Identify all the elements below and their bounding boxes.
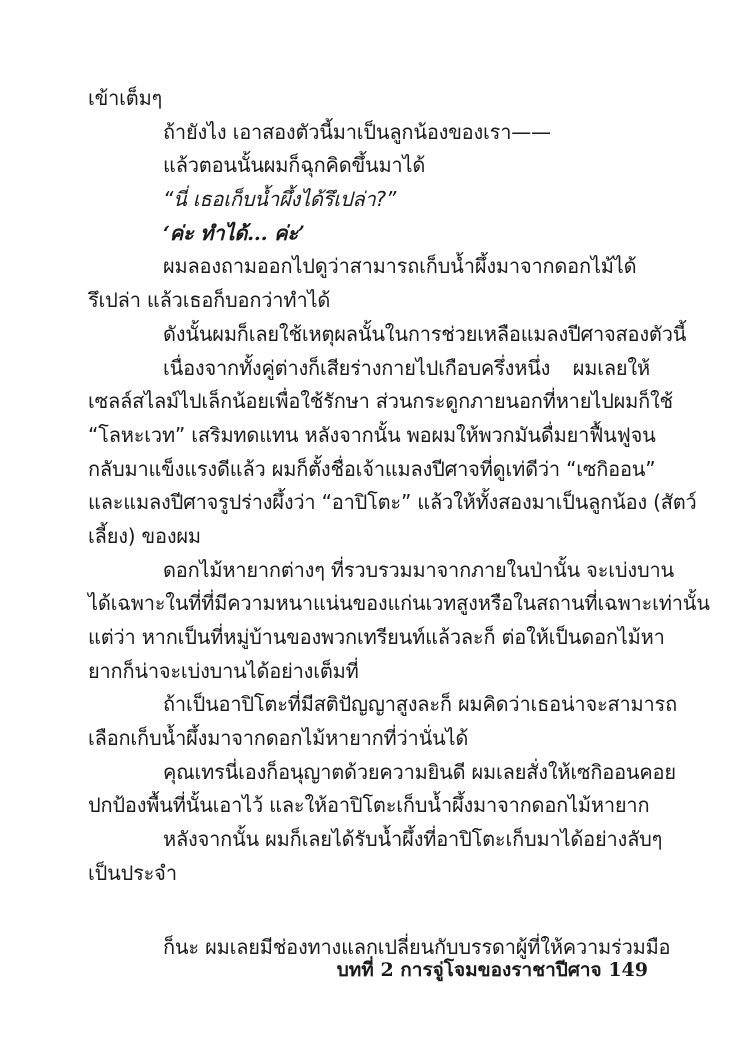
text-line: เซลล์สไลม์ไปเล็กน้อยเพื่อใช้รักษา ส่วนกร… bbox=[88, 385, 650, 419]
page-body: เข้าเต็มๆ ถ้ายังไง เอาสองตัวนี้มาเป็นลูก… bbox=[88, 82, 650, 964]
text-line: “โลหะเวท” เสริมทดแทน หลังจากนั้น พอผมให้… bbox=[88, 419, 650, 453]
text-line: เลือกเก็บน้ำผึ้งมาจากดอกไม้หายากที่ว่านั… bbox=[88, 722, 650, 756]
running-title: บทที่ 2 การจู่โจมของราชาปีศาจ bbox=[337, 959, 602, 981]
text-line: กลับมาแข็งแรงดีแล้ว ผมก็ตั้งชื่อเจ้าแมลง… bbox=[88, 453, 650, 487]
section-break bbox=[88, 891, 650, 931]
text-line: และแมลงปีศาจรูปร่างผึ้งว่า “อาปิโตะ” แล้… bbox=[88, 486, 650, 520]
page-number: 149 bbox=[608, 959, 648, 981]
text-line: เป็นประจำ bbox=[88, 857, 650, 891]
text-line: ดังนั้นผมก็เลยใช้เหตุผลนั้นในการช่วยเหลื… bbox=[88, 318, 650, 352]
text-line: ถ้าเป็นอาปิโตะที่มีสติปัญญาสูงละก็ ผมคิด… bbox=[88, 688, 650, 722]
text-line: ผมลองถามออกไปดูว่าสามารถเก็บน้ำผึ้งมาจาก… bbox=[88, 250, 650, 284]
text-line: รึเปล่า แล้วเธอก็บอกว่าทำได้ bbox=[88, 284, 650, 318]
text-line: เนื่องจากทั้งคู่ต่างก็เสียร่างกายไปเกือบ… bbox=[88, 352, 650, 386]
text-line: เลี้ยง) ของผม bbox=[88, 520, 650, 554]
dialogue-line: “นี่ เธอเก็บน้ำผึ้งได้รึเปล่า?” bbox=[88, 183, 650, 217]
text-line: เข้าเต็มๆ bbox=[88, 82, 650, 116]
dialogue-line-telepathic: ‘ค่ะ ทำได้... ค่ะ’ bbox=[88, 217, 650, 251]
text-line: คุณเทรนี่เองก็อนุญาตด้วยความยินดี ผมเลยส… bbox=[88, 756, 650, 790]
text-line: ปกป้องพื้นที่นั้นเอาไว้ และให้อาปิโตะเก็… bbox=[88, 789, 650, 823]
text-line: แต่ว่า หากเป็นที่หมู่บ้านของพวกเทรียนท์แ… bbox=[88, 621, 650, 655]
text-line: ถ้ายังไง เอาสองตัวนี้มาเป็นลูกน้องของเรา… bbox=[88, 116, 650, 150]
text-line: หลังจากนั้น ผมก็เลยได้รับน้ำผึ้งที่อาปิโ… bbox=[88, 823, 650, 857]
text-line: ดอกไม้หายากต่างๆ ที่รวบรวมมาจากภายในป่าน… bbox=[88, 554, 650, 588]
text-line: ได้เฉพาะในที่ที่มีความหนาแน่นของแก่นเวทส… bbox=[88, 587, 650, 621]
page-footer: บทที่ 2 การจู่โจมของราชาปีศาจ 149 bbox=[337, 955, 648, 985]
text-line: ยากก็น่าจะเบ่งบานได้อย่างเต็มที่ bbox=[88, 655, 650, 689]
text-line: แล้วตอนนั้นผมก็ฉุกคิดขึ้นมาได้ bbox=[88, 149, 650, 183]
